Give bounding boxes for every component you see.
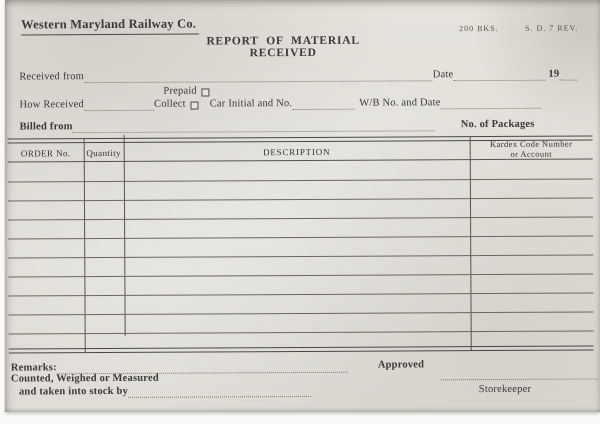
stock-note: 200 BKS.	[459, 24, 499, 33]
table-row-line	[8, 197, 593, 201]
material-table: ORDER No. Quantity DESCRIPTION Kardex Co…	[8, 135, 594, 353]
table-row-line	[8, 235, 593, 239]
collect-label: Collect	[154, 98, 186, 111]
table-header-bottom-rule	[8, 158, 593, 162]
car-initial-label: Car Initial and No.	[210, 97, 293, 110]
received-from-label: Received from	[19, 70, 84, 83]
company-name: Western Maryland Railway Co.	[21, 17, 199, 36]
column-header-kardex: Kardex Code Number or Account	[470, 139, 593, 159]
taken-into-stock-row: and taken into stock by	[19, 384, 311, 399]
wb-no-date-field[interactable]	[441, 97, 542, 110]
how-received-label: How Received	[19, 98, 84, 111]
billed-from-field[interactable]	[73, 119, 435, 133]
counted-weighed-label: Counted, Weighed or Measured	[11, 373, 159, 385]
table-row-line	[8, 273, 593, 277]
form-revision-number: S. D. 7 REV.	[525, 24, 578, 33]
wb-no-date-label: W/B No. and Date	[359, 96, 440, 109]
form-content: Western Maryland Railway Co. REPORT OF M…	[4, 0, 600, 414]
date-field[interactable]	[453, 69, 545, 81]
column-header-order-no: ORDER No.	[8, 148, 84, 158]
billed-from-label: Billed from	[20, 120, 73, 133]
column-divider-quantity	[124, 135, 126, 336]
taken-into-stock-label: and taken into stock by	[19, 385, 128, 399]
collect-checkbox[interactable]	[191, 102, 199, 110]
received-from-field[interactable]	[84, 69, 433, 83]
prepaid-checkbox[interactable]	[202, 88, 210, 96]
storekeeper-label: Storekeeper	[426, 384, 584, 396]
received-from-row: Received from Date 19	[19, 68, 577, 84]
table-row-line	[8, 254, 593, 258]
year-field[interactable]	[559, 69, 577, 81]
table-row-line	[8, 292, 593, 296]
table-row-line	[8, 178, 593, 182]
table-row-line	[8, 216, 593, 220]
year-prefix: 19	[545, 68, 559, 81]
column-header-description: DESCRIPTION	[124, 146, 470, 158]
car-initial-field[interactable]	[292, 98, 354, 110]
column-header-kardex-line2: or Account	[470, 149, 593, 159]
table-bottom-rule-2	[9, 349, 594, 353]
taken-into-stock-field[interactable]	[128, 385, 311, 398]
form-title: REPORT OF MATERIAL RECEIVED	[172, 35, 394, 60]
prepaid-row: Prepaid	[163, 84, 210, 97]
prepaid-label: Prepaid	[163, 85, 197, 98]
scanned-form-paper: Western Maryland Railway Co. REPORT OF M…	[5, 0, 600, 412]
table-row-line	[9, 311, 594, 315]
column-divider-order	[84, 138, 86, 352]
table-row-line	[9, 330, 594, 334]
approved-label: Approved	[378, 359, 424, 370]
billed-from-row: Billed from No. of Packages	[20, 118, 535, 134]
column-header-quantity: Quantity	[84, 148, 124, 158]
storekeeper-signature-field[interactable]	[441, 372, 598, 380]
date-label: Date	[433, 68, 454, 81]
how-received-field[interactable]	[84, 99, 154, 111]
how-received-row: How Received Collect Car Initial and No.…	[19, 96, 541, 112]
no-of-packages-label: No. of Packages	[435, 118, 535, 132]
column-divider-kardex	[470, 136, 472, 350]
